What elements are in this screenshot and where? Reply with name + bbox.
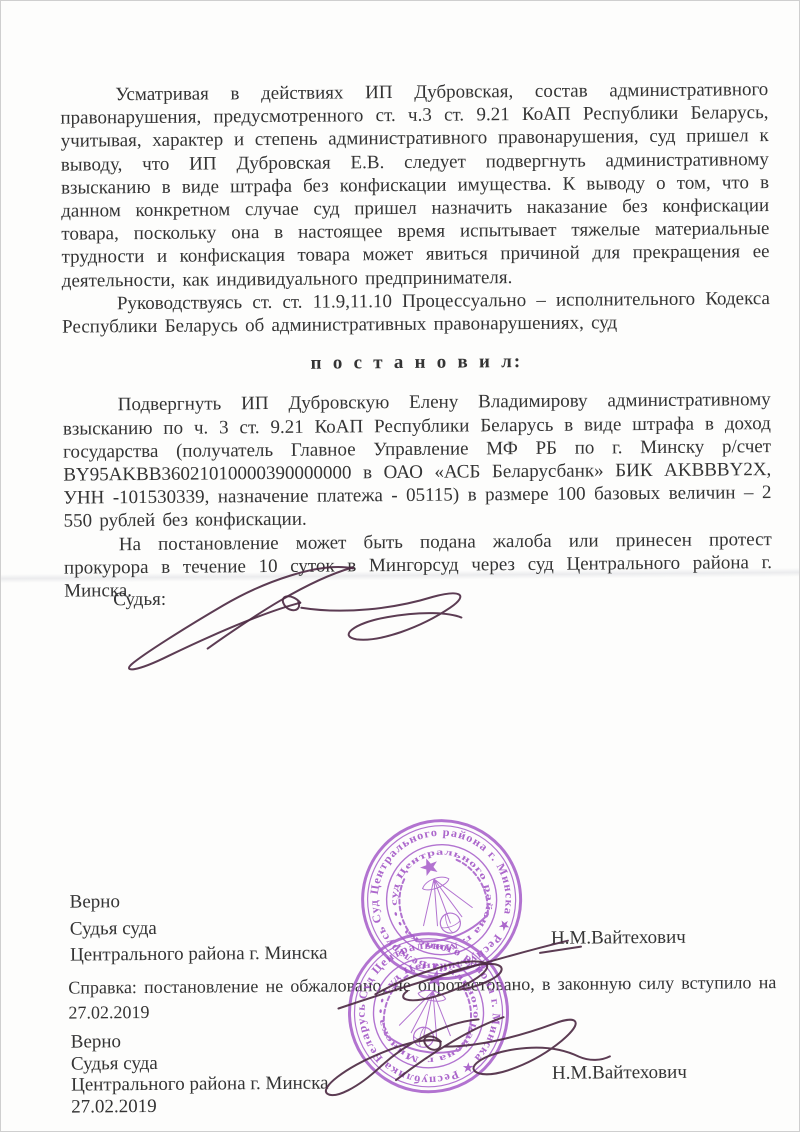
cert1-role: Судья суда [70,914,328,943]
certification-block-1: Верно Судья суда Центрального района г. … [70,888,328,970]
scanned-court-decision-page: Усматривая в действиях ИП Дубровская, со… [0,0,800,1132]
certification-block-2: Верно Судья суда Центрального района г. … [71,1030,329,1118]
stamp-seal-upper [340,798,543,1001]
resolution-heading: п о с т а н о в и л: [62,348,770,377]
cert2-verno: Верно [71,1030,329,1054]
paragraph-legal-basis: Руководствуясь ст. ст. 11.9,11.10 Процес… [62,287,770,339]
reference-note-text: Справка: постановление не обжаловано, не… [68,972,776,999]
paragraph-resolution: Подвергнуть ИП Дубровскую Елену Владимир… [63,389,772,534]
reference-note-date: 27.02.2019 [68,997,776,1024]
cert2-court: Центрального района г. Минска [71,1073,329,1097]
reference-note: Справка: постановление не обжаловано, не… [68,972,776,1024]
judge-name-1: Н.М.Вайтехович [551,927,686,950]
judge-name-2: Н.М.Вайтехович [552,1062,687,1085]
judge-label: Судья: [113,589,166,611]
paragraph-appeal: На постановление может быть подана жалоб… [64,528,773,603]
decision-body: Усматривая в действиях ИП Дубровская, со… [60,78,772,603]
cert1-verno: Верно [70,888,328,917]
cert2-role: Судья суда [71,1051,329,1075]
cert2-date: 27.02.2019 [71,1094,329,1118]
paragraph-findings: Усматривая в действиях ИП Дубровская, со… [60,78,770,292]
cert1-court: Центрального района г. Минска [70,941,328,970]
